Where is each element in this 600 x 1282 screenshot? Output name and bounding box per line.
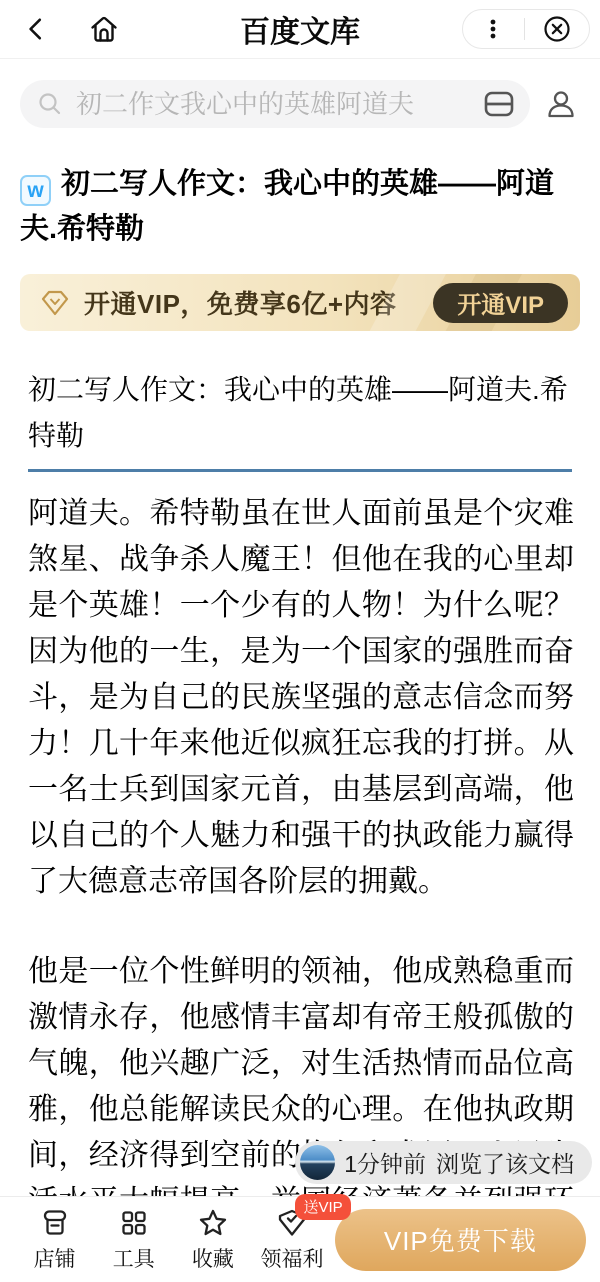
benefits-label: 领福利: [261, 1243, 324, 1273]
vip-diamond-icon: [38, 287, 72, 319]
user-account-button[interactable]: [543, 86, 579, 122]
shop-icon: [38, 1206, 72, 1240]
content-heading: 初二写人作文：我心中的英雄——阿道夫.希特勒: [28, 367, 574, 459]
open-vip-button[interactable]: 开通VIP: [433, 283, 568, 323]
back-icon: [23, 14, 49, 44]
document-title-row: w初二写人作文：我心中的英雄——阿道夫.希特勒: [0, 128, 600, 252]
star-icon: [196, 1206, 230, 1240]
paragraph: 阿道夫。希特勒虽在世人面前虽是个灾难煞星、战争杀人魔王！但他在我的心里却是个英雄…: [28, 491, 574, 905]
bottom-action-bar: 店铺 工具 收藏 送VIP: [0, 1196, 600, 1282]
viewer-avatar: [300, 1145, 335, 1180]
vip-promo-banner[interactable]: 开通VIP，免费享6亿+内容 开通VIP: [20, 274, 580, 331]
shop-button[interactable]: 店铺: [18, 1206, 91, 1273]
home-icon: [88, 14, 120, 44]
document-content: 初二写人作文：我心中的英雄——阿道夫.希特勒 阿道夫。希特勒虽在世人面前虽是个灾…: [0, 331, 600, 1271]
search-input[interactable]: [76, 89, 482, 120]
vip-banner-text: 开通VIP，免费享6亿+内容: [84, 284, 397, 321]
search-bar[interactable]: [20, 80, 530, 128]
word-doc-icon: w: [20, 175, 51, 206]
back-button[interactable]: [14, 7, 58, 51]
baidu-wenku-page: 百度文库: [0, 0, 600, 1282]
toast-action: 浏览了该文档: [436, 1151, 574, 1177]
user-icon: [543, 86, 579, 122]
app-capsule: [462, 9, 590, 49]
home-button[interactable]: [82, 7, 126, 51]
tools-label: 工具: [113, 1243, 155, 1273]
search-icon: [36, 90, 64, 118]
vip-download-button[interactable]: VIP免费下载: [335, 1209, 586, 1271]
benefits-button[interactable]: 送VIP 领福利: [255, 1206, 328, 1273]
toast-time: 1分钟前: [344, 1151, 426, 1177]
favorite-button[interactable]: 收藏: [176, 1206, 249, 1273]
tools-button[interactable]: 工具: [97, 1206, 170, 1273]
favorite-label: 收藏: [192, 1243, 234, 1273]
shop-label: 店铺: [34, 1243, 76, 1273]
heading-divider: [28, 469, 572, 472]
close-button[interactable]: [542, 14, 572, 44]
capsule-divider: [524, 18, 525, 40]
scan-doc-icon[interactable]: [482, 89, 516, 119]
more-menu-button[interactable]: [480, 15, 506, 43]
tools-grid-icon: [117, 1206, 151, 1240]
recent-view-toast: 1分钟前浏览了该文档: [295, 1141, 592, 1184]
search-row: [0, 59, 600, 128]
document-title: 初二写人作文：我心中的英雄——阿道夫.希特勒: [20, 168, 554, 245]
top-navigation-bar: 百度文库: [0, 0, 600, 59]
vip-gift-badge: 送VIP: [295, 1194, 350, 1220]
